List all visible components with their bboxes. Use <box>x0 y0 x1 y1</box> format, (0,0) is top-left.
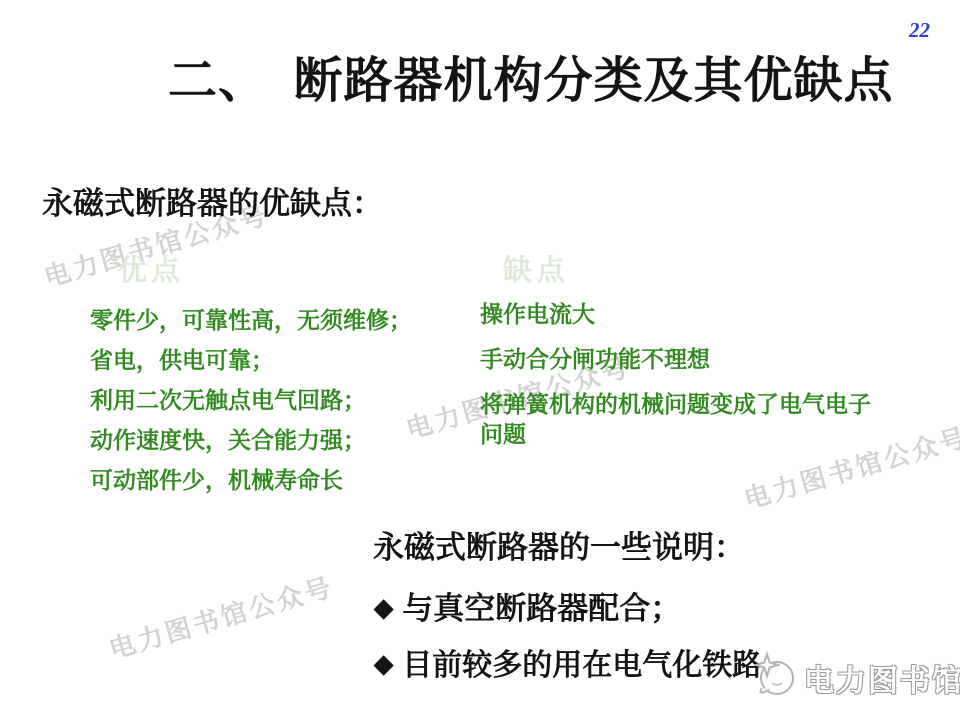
slide-title: 二、 断路器机构分类及其优缺点 <box>168 42 894 112</box>
library-logo: 电力图书馆 <box>752 650 960 705</box>
advantages-list: 零件少，可靠性高，无须维修； 省电，供电可靠； 利用二次无触点电气回路； 动作速… <box>90 300 412 500</box>
page-number: 22 <box>909 18 930 43</box>
advantage-item: 利用二次无触点电气回路； <box>90 380 412 420</box>
disadvantage-item: 将弹簧机构的机械问题变成了电气电子问题 <box>480 389 878 449</box>
disadvantage-item: 操作电流大 <box>480 299 878 329</box>
disadvantages-list: 操作电流大 手动合分闸功能不理想 将弹簧机构的机械问题变成了电气电子问题 <box>480 299 878 464</box>
diamond-bullet-icon: ◆ <box>374 594 393 622</box>
advantage-item: 零件少，可靠性高，无须维修； <box>90 300 412 340</box>
advantages-column-header: 优点 <box>118 248 184 289</box>
notes-heading: 永磁式断路器的一些说明： <box>373 522 745 567</box>
section-heading: 永磁式断路器的优缺点： <box>42 178 383 223</box>
watermark: 电力图书馆公众号 <box>104 567 337 667</box>
sparkle-ball-icon <box>752 650 800 705</box>
diamond-bullet-icon: ◆ <box>374 650 393 678</box>
disadvantages-column-header: 缺点 <box>503 248 569 289</box>
advantage-item: 省电，供电可靠； <box>90 340 412 380</box>
disadvantage-item: 手动合分闸功能不理想 <box>480 344 878 374</box>
note-item-text: 目前较多的用在电气化铁路。 <box>402 649 792 682</box>
library-logo-text: 电力图书馆 <box>804 656 960 700</box>
advantage-item: 可动部件少，机械寿命长 <box>90 460 412 500</box>
note-item-text: 与真空断路器配合； <box>402 591 681 626</box>
note-item: ◆与真空断路器配合； <box>374 583 681 628</box>
note-item: ◆目前较多的用在电气化铁路。 <box>374 640 792 684</box>
presentation-slide: 电力图书馆公众号 电力图书馆公众号 电力图书馆公众号 电力图书馆公众号 22 二… <box>0 0 960 720</box>
advantage-item: 动作速度快，关合能力强； <box>90 420 412 460</box>
